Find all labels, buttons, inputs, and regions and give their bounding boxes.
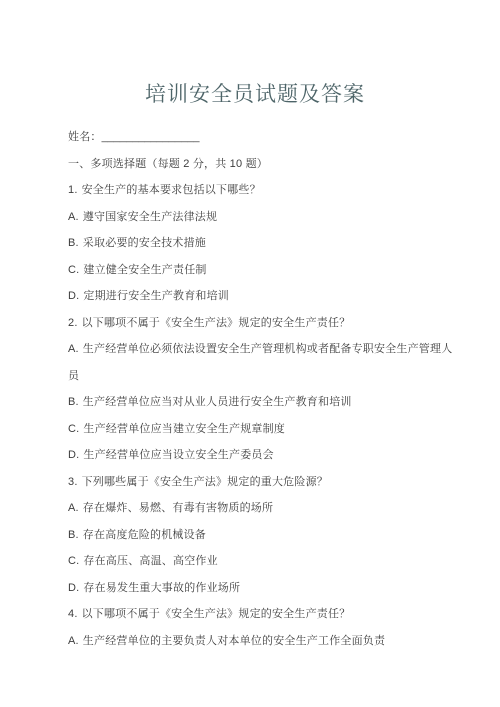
option-line: A.遵守国家安全生产法律法规 [68,204,460,231]
document-body: 姓名：________________ 一、多项选择题（每题 2 分，共 10 … [68,124,460,654]
option-label: D. [68,290,79,302]
option-text: 存在高压、高温、高空作业 [83,555,217,567]
option-line: A.生产经营单位必须依法设置安全生产管理机构或者配备专职安全生产管理人员 [68,336,460,389]
questions: 1.安全生产的基本要求包括以下哪些？A.遵守国家安全生产法律法规B.采取必要的安… [68,177,460,654]
question-line: 1.安全生产的基本要求包括以下哪些？ [68,177,460,204]
name-blank-line: ________________ [102,131,200,143]
question-number: 1. [68,184,78,196]
option-label: D. [68,582,79,594]
option-text: 生产经营单位的主要负责人对本单位的安全生产工作全面负责 [83,635,385,647]
question-line: 4.以下哪项不属于《安全生产法》规定的安全生产责任？ [68,601,460,628]
option-label: C. [68,423,79,435]
option-line: C.存在高压、高温、高空作业 [68,548,460,575]
option-text: 存在易发生重大事故的作业场所 [83,582,240,594]
question-text: 安全生产的基本要求包括以下哪些？ [82,184,261,196]
option-line: D.生产经营单位应当设立安全生产委员会 [68,442,460,469]
option-text: 定期进行安全生产教育和培训 [83,290,229,302]
option-line: D.存在易发生重大事故的作业场所 [68,575,460,602]
option-line: C.建立健全安全生产责任制 [68,257,460,284]
option-text: 生产经营单位必须依法设置安全生产管理机构或者配备专职安全生产管理人员 [68,343,452,382]
option-label: A. [68,635,79,647]
option-label: C. [68,264,79,276]
section-heading: 一、多项选择题（每题 2 分，共 10 题） [68,151,460,178]
option-label: D. [68,449,79,461]
option-label: C. [68,555,79,567]
option-line: B.采取必要的安全技术措施 [68,230,460,257]
option-line: A.存在爆炸、易燃、有毒有害物质的场所 [68,495,460,522]
option-line: A.生产经营单位的主要负责人对本单位的安全生产工作全面负责 [68,628,460,655]
option-label: A. [68,502,79,514]
option-line: D.定期进行安全生产教育和培训 [68,283,460,310]
option-line: B.生产经营单位应当对从业人员进行安全生产教育和培训 [68,389,460,416]
question-text: 以下哪项不属于《安全生产法》规定的安全生产责任？ [82,608,351,620]
option-label: A. [68,343,79,355]
question-text: 以下哪项不属于《安全生产法》规定的安全生产责任？ [82,317,351,329]
option-text: 生产经营单位应当对从业人员进行安全生产教育和培训 [83,396,352,408]
question-number: 3. [68,476,78,488]
question-line: 2.以下哪项不属于《安全生产法》规定的安全生产责任？ [68,310,460,337]
option-text: 生产经营单位应当建立安全生产规章制度 [83,423,285,435]
option-text: 生产经营单位应当设立安全生产委员会 [83,449,273,461]
question-number: 2. [68,317,78,329]
option-label: A. [68,211,79,223]
option-text: 遵守国家安全生产法律法规 [83,211,217,223]
question-number: 4. [68,608,78,620]
option-text: 存在爆炸、易燃、有毒有害物质的场所 [83,502,273,514]
page-title: 培训安全员试题及答案 [0,80,500,110]
name-label: 姓名： [68,131,102,143]
option-label: B. [68,396,79,408]
option-text: 采取必要的安全技术措施 [83,237,206,249]
question-line: 3.下列哪些属于《安全生产法》规定的重大危险源？ [68,469,460,496]
option-text: 存在高度危险的机械设备 [83,529,206,541]
option-line: C.生产经营单位应当建立安全生产规章制度 [68,416,460,443]
option-line: B.存在高度危险的机械设备 [68,522,460,549]
name-line: 姓名：________________ [68,124,460,151]
option-label: B. [68,529,79,541]
option-text: 建立健全安全生产责任制 [83,264,206,276]
question-text: 下列哪些属于《安全生产法》规定的重大危险源？ [82,476,328,488]
option-label: B. [68,237,79,249]
